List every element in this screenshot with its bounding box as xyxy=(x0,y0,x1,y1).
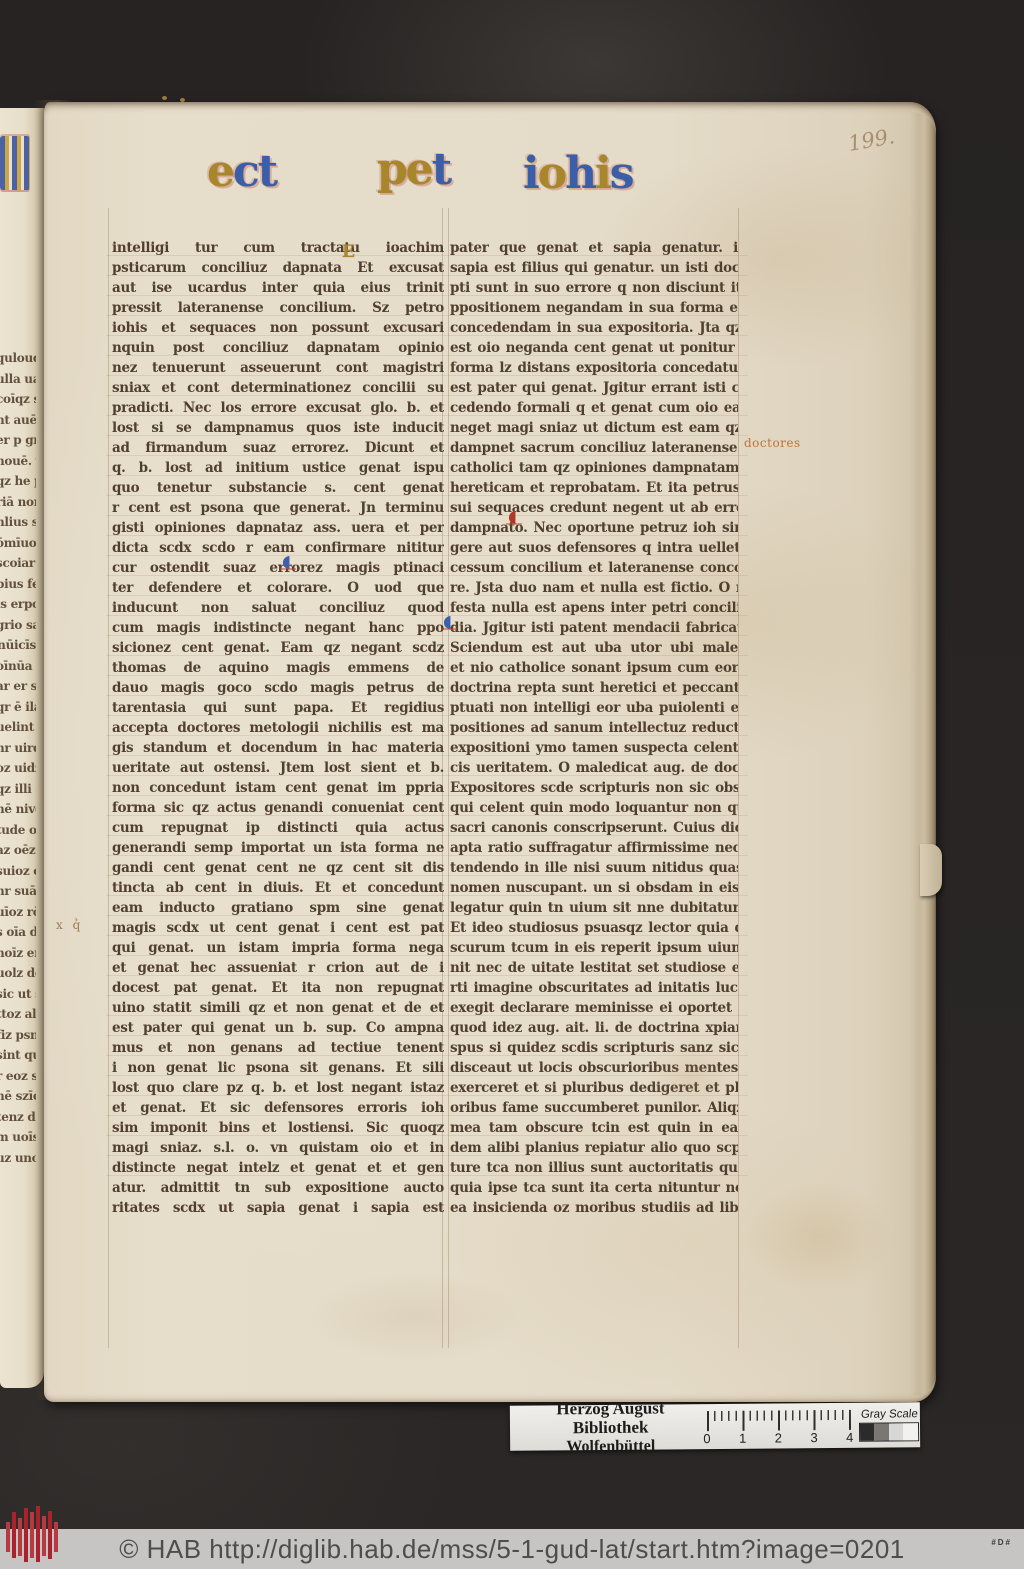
facing-text-line: uz unoīq xyxy=(0,1148,36,1169)
text-line: ter defendere et colorare. O uod que xyxy=(112,578,444,598)
text-line: est pater qui genat un b. sup. Co ampna xyxy=(112,1018,444,1038)
institution-name: Herzog August Bibliothek Wolfenbüttel xyxy=(522,1398,700,1457)
facing-text-line: is erpoñ xyxy=(0,594,36,615)
digitized-manuscript-photo: qulouqulla uachcoīqz stnt auē prer p gnī… xyxy=(0,0,1024,1569)
text-line: Sciendum est aut uba utor ubi male xyxy=(450,638,738,658)
running-title-letter: e xyxy=(207,146,233,197)
text-line: i non genat lic psona sit genans. Et sil… xyxy=(112,1058,444,1078)
text-line: docest pat genat. Et ita non repugnat xyxy=(112,978,444,998)
caption-bar: © HAB http://diglib.hab.de/mss/5-1-gud-l… xyxy=(0,1529,1024,1569)
running-title-letter: i xyxy=(595,148,610,199)
ruling-line-vertical xyxy=(738,208,739,1348)
text-line: sapia est filius qui genatur. un isti do… xyxy=(450,258,738,278)
text-line: atur. admittit tn sub expositione aucto xyxy=(112,1178,444,1198)
facing-text-line: nūicīs xyxy=(0,635,36,656)
text-line: est pater qui genat. Jgitur errant isti … xyxy=(450,378,738,398)
gray-scale-swatch xyxy=(889,1423,904,1440)
text-line: ptuati non intelligi eor uba puiolenti e… xyxy=(450,698,738,718)
text-line: catholici tam qz opiniones dampnatam xyxy=(450,458,738,478)
text-line: cur ostendit suaz errorez magis ptinaci xyxy=(112,558,444,578)
running-title-letter: e xyxy=(406,144,432,195)
facing-text-line: nouē. vn xyxy=(0,451,36,472)
text-line: cessum concilium et lateranense concordi… xyxy=(450,558,738,578)
text-line: qui celent quin modo loquantur non quali… xyxy=(450,798,738,818)
text-column-left: intelligi tur cum tractatu ioachimpstica… xyxy=(112,238,444,1218)
text-line: nez tenuerunt asseuerunt cont magistri xyxy=(112,358,444,378)
facing-page-text-fragments: qulouqulla uachcoīqz stnt auē prer p gnī… xyxy=(0,348,36,1168)
text-line: generandi semp importat un ista forma ne xyxy=(112,838,444,858)
text-line: intelligi tur cum tractatu ioachim xyxy=(112,238,444,258)
text-line: mus et non genans ad tectiue tenent xyxy=(112,1038,444,1058)
text-line: tarentasia qui sunt papa. Et regidius xyxy=(112,698,444,718)
text-line: sim imponit bins et lostiensi. Sic quoqz xyxy=(112,1118,444,1138)
text-line: mea tam obscure tcin est quin in ea xyxy=(450,1118,738,1138)
text-line: nquin post conciliuz dapnatam opinio xyxy=(112,338,444,358)
gray-scale-swatches xyxy=(859,1422,919,1442)
text-line: legatur quin tn uium sit nne dubitatur xyxy=(450,898,738,918)
text-line: doctrina repta sunt heretici et peccant … xyxy=(450,678,738,698)
text-line: ture tca non illius sunt auctoritatis qu… xyxy=(450,1158,738,1178)
text-line: q. b. lost ad initium ustice genat ispu xyxy=(112,458,444,478)
facing-text-line: nt auē pr xyxy=(0,410,36,431)
text-line: concedendam in sua expositoria. Jta qz h… xyxy=(450,318,738,338)
text-line: tincta ab cent in diuis. Et et concedunt xyxy=(112,878,444,898)
facing-text-line: nr suā q xyxy=(0,881,36,902)
text-line: lost si se dampnamus quos iste inducit xyxy=(112,418,444,438)
ruler-number: 4 xyxy=(846,1429,853,1444)
paraph-mark-red: ◖ xyxy=(508,509,517,525)
facing-page-illumination-fragment xyxy=(0,136,30,190)
text-line: cis ueritatem. O maledicat aug. de doctr… xyxy=(450,758,738,778)
gray-scale-swatch xyxy=(860,1424,875,1441)
text-line: dia. Jgitur isti patent mendacii fabrica… xyxy=(450,618,738,638)
parchment-stain xyxy=(744,1182,894,1292)
marginal-note-doctores: doctores xyxy=(744,436,801,450)
facing-text-line: oīnūa mt xyxy=(0,656,36,677)
facing-text-line: az oēz le xyxy=(0,840,36,861)
facing-text-line: uolz deū xyxy=(0,963,36,984)
text-line: exerceret et si pluribus dedigeret et pl… xyxy=(450,1078,738,1098)
ruler-number: 2 xyxy=(775,1430,782,1445)
text-line: gandi cent genat cent ne qz cent sit dis xyxy=(112,858,444,878)
text-line: magi sniaz. s.l. o. vn quistam oio et in xyxy=(112,1138,444,1158)
facing-text-line: nē szīo xyxy=(0,1086,36,1107)
facing-text-line: m uoīs xyxy=(0,1127,36,1148)
text-line: lost quo clare pz q. b. et lost negant i… xyxy=(112,1078,444,1098)
facing-text-line: ōmīuoz xyxy=(0,533,36,554)
text-line: ritates scdx ut sapia genat i sapia est xyxy=(112,1198,444,1218)
manuscript-page: ect pet iohis 199. intelligi tur cum tra… xyxy=(44,102,936,1402)
paraph-mark-blue: ◖ xyxy=(282,554,291,570)
text-line: nomen nuscupant. un si obsdam in eis xyxy=(450,878,738,898)
text-line: ea insicienda oz moribus studiis ad libe… xyxy=(450,1198,738,1218)
ruler-number: 1 xyxy=(739,1430,746,1445)
text-line: dicta scdx scdo r eam confirmare nititur xyxy=(112,538,444,558)
text-line: tendendo in ille nisi suum nitidus quasi xyxy=(450,858,738,878)
facing-text-line: ar er snī xyxy=(0,676,36,697)
institution-line-2: Wolfenbüttel xyxy=(522,1436,699,1457)
text-line: pti sunt in suo errore q non disciunt it xyxy=(450,278,738,298)
text-line: et genat hec assueniat r crion aut de i xyxy=(112,958,444,978)
facing-text-line: riā norē xyxy=(0,492,36,513)
institution-line-1: Herzog August Bibliothek xyxy=(522,1398,700,1438)
text-line: distincte negat intelz et genat et et ge… xyxy=(112,1158,444,1178)
text-line: magis scdx ut cent genat i cent est pat xyxy=(112,918,444,938)
text-line: apta ratio suffragatur affirmissime nec … xyxy=(450,838,738,858)
text-line: sacri canonis conscripserunt. Cuius dict… xyxy=(450,818,738,838)
text-line: pater que genat et sapia genatur. i xyxy=(450,238,738,258)
text-line: exegit declarare meminisse ei oportet et xyxy=(450,998,738,1018)
facing-text-line: nlius sc xyxy=(0,512,36,533)
facing-text-line: oz uidz xyxy=(0,758,36,779)
text-line: Expositores scde scripturis non sic obst… xyxy=(450,778,738,798)
facing-text-line: uīoz rōe xyxy=(0,902,36,923)
facing-text-line: qulouq xyxy=(0,348,36,369)
gray-scale-swatch xyxy=(874,1423,889,1440)
facing-text-line: ttoz alīq xyxy=(0,1004,36,1025)
text-line: inducunt non saluat conciliuz quod xyxy=(112,598,444,618)
running-title-letter: t xyxy=(258,146,276,197)
text-line: dampnato. Nec oportune petruz ioh sin xyxy=(450,518,738,538)
facing-text-line: er p gnīa xyxy=(0,430,36,451)
facing-text-line: scoiar mē xyxy=(0,553,36,574)
text-line: spus si quidez scdis scripturis sanz sic… xyxy=(450,1038,738,1058)
gray-scale: Gray Scale xyxy=(859,1408,920,1442)
text-line: psticarum conciliuz dapnata Et excusat xyxy=(112,258,444,278)
text-line: Et ideo studiosus psuasqz lector quia qz… xyxy=(450,918,738,938)
gold-speck xyxy=(162,96,167,100)
facing-text-line: suioz eīz xyxy=(0,861,36,882)
text-line: sui sequaces credunt negent ut ab errore xyxy=(450,498,738,518)
ruler: 01234 xyxy=(703,1405,851,1446)
text-line: gere aut suos defensores q intra uellet … xyxy=(450,538,738,558)
text-line: quia ipse tca sunt ita certa nituntur ne… xyxy=(450,1178,738,1198)
running-title-letter: s xyxy=(610,148,633,199)
text-line: disceaut ut locis obscurioribus mentes xyxy=(450,1058,738,1078)
text-line: dampnet sacrum conciliuz lateranense et … xyxy=(450,438,738,458)
text-line: rti imagine obscuritates ad initatis luc… xyxy=(450,978,738,998)
running-title-letter: o xyxy=(538,148,565,199)
running-title-letter: t xyxy=(432,144,450,195)
ruler-numbers: 01234 xyxy=(703,1429,853,1445)
text-line: festa nulla est apens inter petri concil… xyxy=(450,598,738,618)
text-line: r cent est psona que generat. Jn terminu xyxy=(112,498,444,518)
text-line: ad firmandum suaz errorez. Dicunt et xyxy=(112,438,444,458)
running-title-word-ect: ect xyxy=(207,146,276,202)
facing-text-line: nē nivoz xyxy=(0,799,36,820)
facing-text-line: ulla uach xyxy=(0,369,36,390)
text-line: gisti opiniones dapnataz ass. uera et pe… xyxy=(112,518,444,538)
facing-text-line: fiz psn xyxy=(0,1025,36,1046)
text-line: expositioni ymo tamen suspecta celent ca… xyxy=(450,738,738,758)
facing-page-edge: qulouqulla uachcoīqz stnt auē prer p gnī… xyxy=(0,108,44,1388)
page-stack-edges xyxy=(910,112,936,1396)
text-line: et nio catholice sonant ipsum cum eor xyxy=(450,658,738,678)
facing-text-line: noīz eni xyxy=(0,943,36,964)
running-title-letter: h xyxy=(565,148,595,199)
text-line: hereticam et reprobatam. Et ita petrus i… xyxy=(450,478,738,498)
text-line: quo tenetur substancie s. cent genat xyxy=(112,478,444,498)
parchment-tab xyxy=(920,844,942,896)
facing-text-line: sint quz xyxy=(0,1045,36,1066)
text-line: quod idez aug. ait. li. de doctrina xpia… xyxy=(450,1018,738,1038)
facing-text-line: tenz doī xyxy=(0,1107,36,1128)
facing-text-line: grio satē xyxy=(0,615,36,636)
text-line: positiones ad sanum intellectuz reducti … xyxy=(450,718,738,738)
facing-text-line: qz he pam xyxy=(0,471,36,492)
facing-text-line: coīqz st xyxy=(0,389,36,410)
paraph-mark-blue: ◖ xyxy=(443,614,452,630)
text-line: neget magi sniaz ut dictum est eam qz xyxy=(450,418,738,438)
text-line: thomas de aquino magis emmens de xyxy=(112,658,444,678)
running-title-letter: p xyxy=(377,144,406,195)
text-line: iohis et sequaces non possunt excusari xyxy=(112,318,444,338)
scale-plate: Herzog August Bibliothek Wolfenbüttel 01… xyxy=(510,1402,920,1451)
text-line: est oio neganda cent genat ut ponitur in xyxy=(450,338,738,358)
gold-initial: E xyxy=(342,242,355,262)
ruler-number: 3 xyxy=(810,1430,817,1445)
text-line: et genat. Et sic defensores erroris ioh xyxy=(112,1098,444,1118)
text-line: ueritate aut ostensi. Jtem lost sient et… xyxy=(112,758,444,778)
text-line: forma lz distans expositoria concedatur … xyxy=(450,358,738,378)
facing-text-line: nr uird xyxy=(0,738,36,759)
marginal-mark: x q̉ xyxy=(56,918,83,932)
print-mark: #D# xyxy=(991,1538,1012,1547)
text-line: accepta doctores metologii nichilis est … xyxy=(112,718,444,738)
text-line: re. Jsta duo nam et nulla est fictio. O … xyxy=(450,578,738,598)
text-line: cedendo formali q et genat cum oio eam xyxy=(450,398,738,418)
text-line: qui genat. un istam impria forma nega xyxy=(112,938,444,958)
text-line: dem alibi planius repiatur alio quo scp xyxy=(450,1138,738,1158)
running-title-letter: i xyxy=(523,148,538,199)
running-title-word-iohis: iohis xyxy=(523,148,633,204)
text-line: eam inducto gratiano spm sine genat xyxy=(112,898,444,918)
text-line: sicionez cent genat. Eam qz negant scdz xyxy=(112,638,444,658)
text-line: oribus fame succumberet punilor. Aliqz xyxy=(450,1098,738,1118)
running-title-word-pet: pet xyxy=(377,144,450,200)
text-line: aut ise ucardus inter quia eius trinit xyxy=(112,278,444,298)
ruling-line-vertical xyxy=(108,208,109,1348)
text-line: pradicti. Nec los errore excusat glo. b.… xyxy=(112,398,444,418)
ruling-line-vertical xyxy=(448,208,449,1348)
text-line: cum magis indistincte negant hanc ppo xyxy=(112,618,444,638)
ruler-number: 0 xyxy=(703,1431,710,1446)
copyright-caption: © HAB http://diglib.hab.de/mss/5-1-gud-l… xyxy=(0,1534,1024,1565)
text-line: ppositionem negandam in sua forma et xyxy=(450,298,738,318)
gold-speck xyxy=(180,98,185,102)
hab-logo-icon xyxy=(6,1506,64,1566)
text-line: cum repugnat ip distincti quia actus xyxy=(112,818,444,838)
parchment-stain xyxy=(304,1272,524,1362)
text-line: gis standum et docendum in hac materia xyxy=(112,738,444,758)
folio-number: 199. xyxy=(846,124,896,156)
facing-text-line: pius feiri xyxy=(0,574,36,595)
facing-text-line: qz illi st xyxy=(0,779,36,800)
text-line: pressit lateranense concilium. Sz petro xyxy=(112,298,444,318)
gray-scale-swatch xyxy=(903,1423,918,1440)
gray-scale-label: Gray Scale xyxy=(860,1408,920,1421)
text-line: non concedunt istam cent genat im ppria xyxy=(112,778,444,798)
facing-text-line: uelint qz xyxy=(0,717,36,738)
text-line: uino statit simili qz et non genat et de… xyxy=(112,998,444,1018)
text-line: nit nec de uitate lestitat set studiose … xyxy=(450,958,738,978)
text-line: sniax et cont determinationez concilii s… xyxy=(112,378,444,398)
text-line: forma sic qz actus genandi conueniat cen… xyxy=(112,798,444,818)
running-title-letter: c xyxy=(233,146,258,197)
ruler-major-ticks xyxy=(707,1409,851,1430)
facing-text-line: tude ouz xyxy=(0,820,36,841)
facing-text-line: s oīa diz xyxy=(0,922,36,943)
text-line: dauo magis goco scdo magis petrus de xyxy=(112,678,444,698)
facing-text-line: qr ē ilag xyxy=(0,697,36,718)
facing-text-line: sic ut sup xyxy=(0,984,36,1005)
facing-text-line: r eoz siue xyxy=(0,1066,36,1087)
text-column-right: pater que genat et sapia genatur. isapia… xyxy=(450,238,738,1218)
text-line: scurum tcum in eis reperit ipsum uium su… xyxy=(450,938,738,958)
